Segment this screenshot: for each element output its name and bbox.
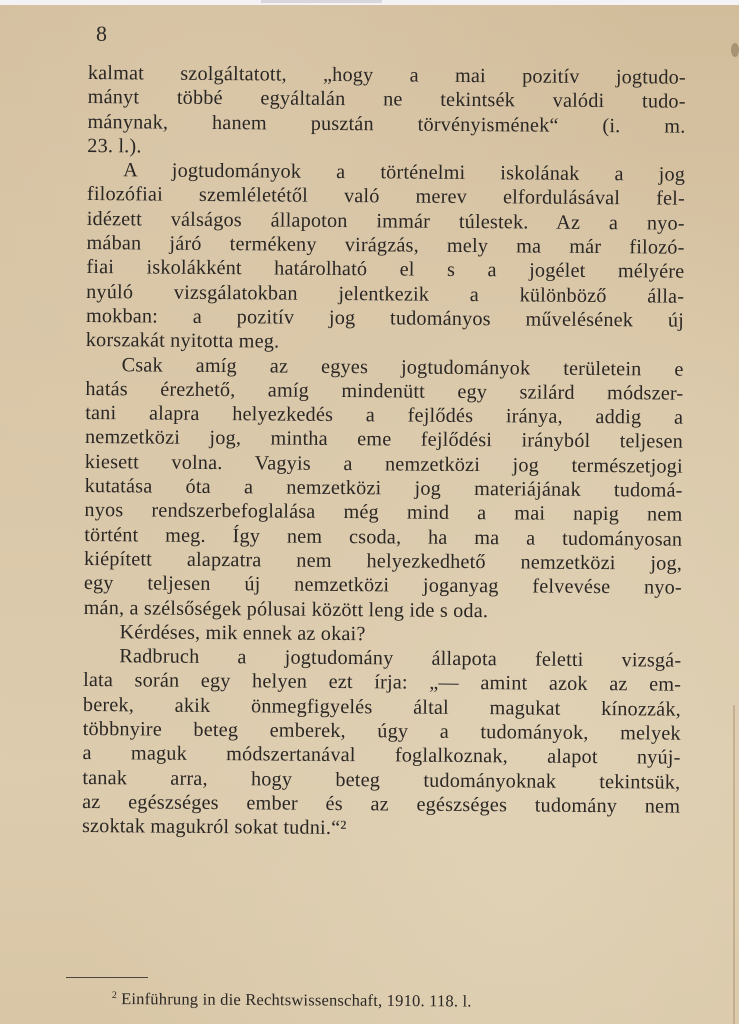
page-edge — [733, 705, 735, 1024]
paragraph: Radbruch a jogtudomány állapota feletti … — [82, 644, 682, 843]
footnote: 2Einführung in die Rechtswissenschaft, 1… — [112, 989, 472, 1012]
ink-spot — [731, 43, 739, 57]
body-text: kalmat szolgáltatott, „hogy a mai pozití… — [82, 61, 686, 843]
paragraph: A jogtudományok a történelmi iskolának a… — [86, 158, 686, 357]
scanned-book-page: 8 kalmat szolgáltatott, „hogy a mai pozi… — [0, 5, 739, 1024]
footnote-marker: 2 — [112, 990, 117, 1001]
text-line: szoktak magukról sokat tudni.“² — [82, 814, 680, 843]
footnote-divider — [66, 977, 148, 978]
paragraph: Csak amíg az egyes jogtudományok terület… — [84, 353, 684, 625]
footnote-text: Einführung in die Rechtswissenschaft, 19… — [121, 989, 472, 1010]
text-line: mánynak, hanem pusztán törvényismének“ (… — [87, 110, 685, 139]
paragraph: kalmat szolgáltatott, „hogy a mai pozití… — [87, 61, 686, 163]
page-number: 8 — [96, 21, 107, 47]
browser-tab-indicator — [261, 0, 382, 3]
